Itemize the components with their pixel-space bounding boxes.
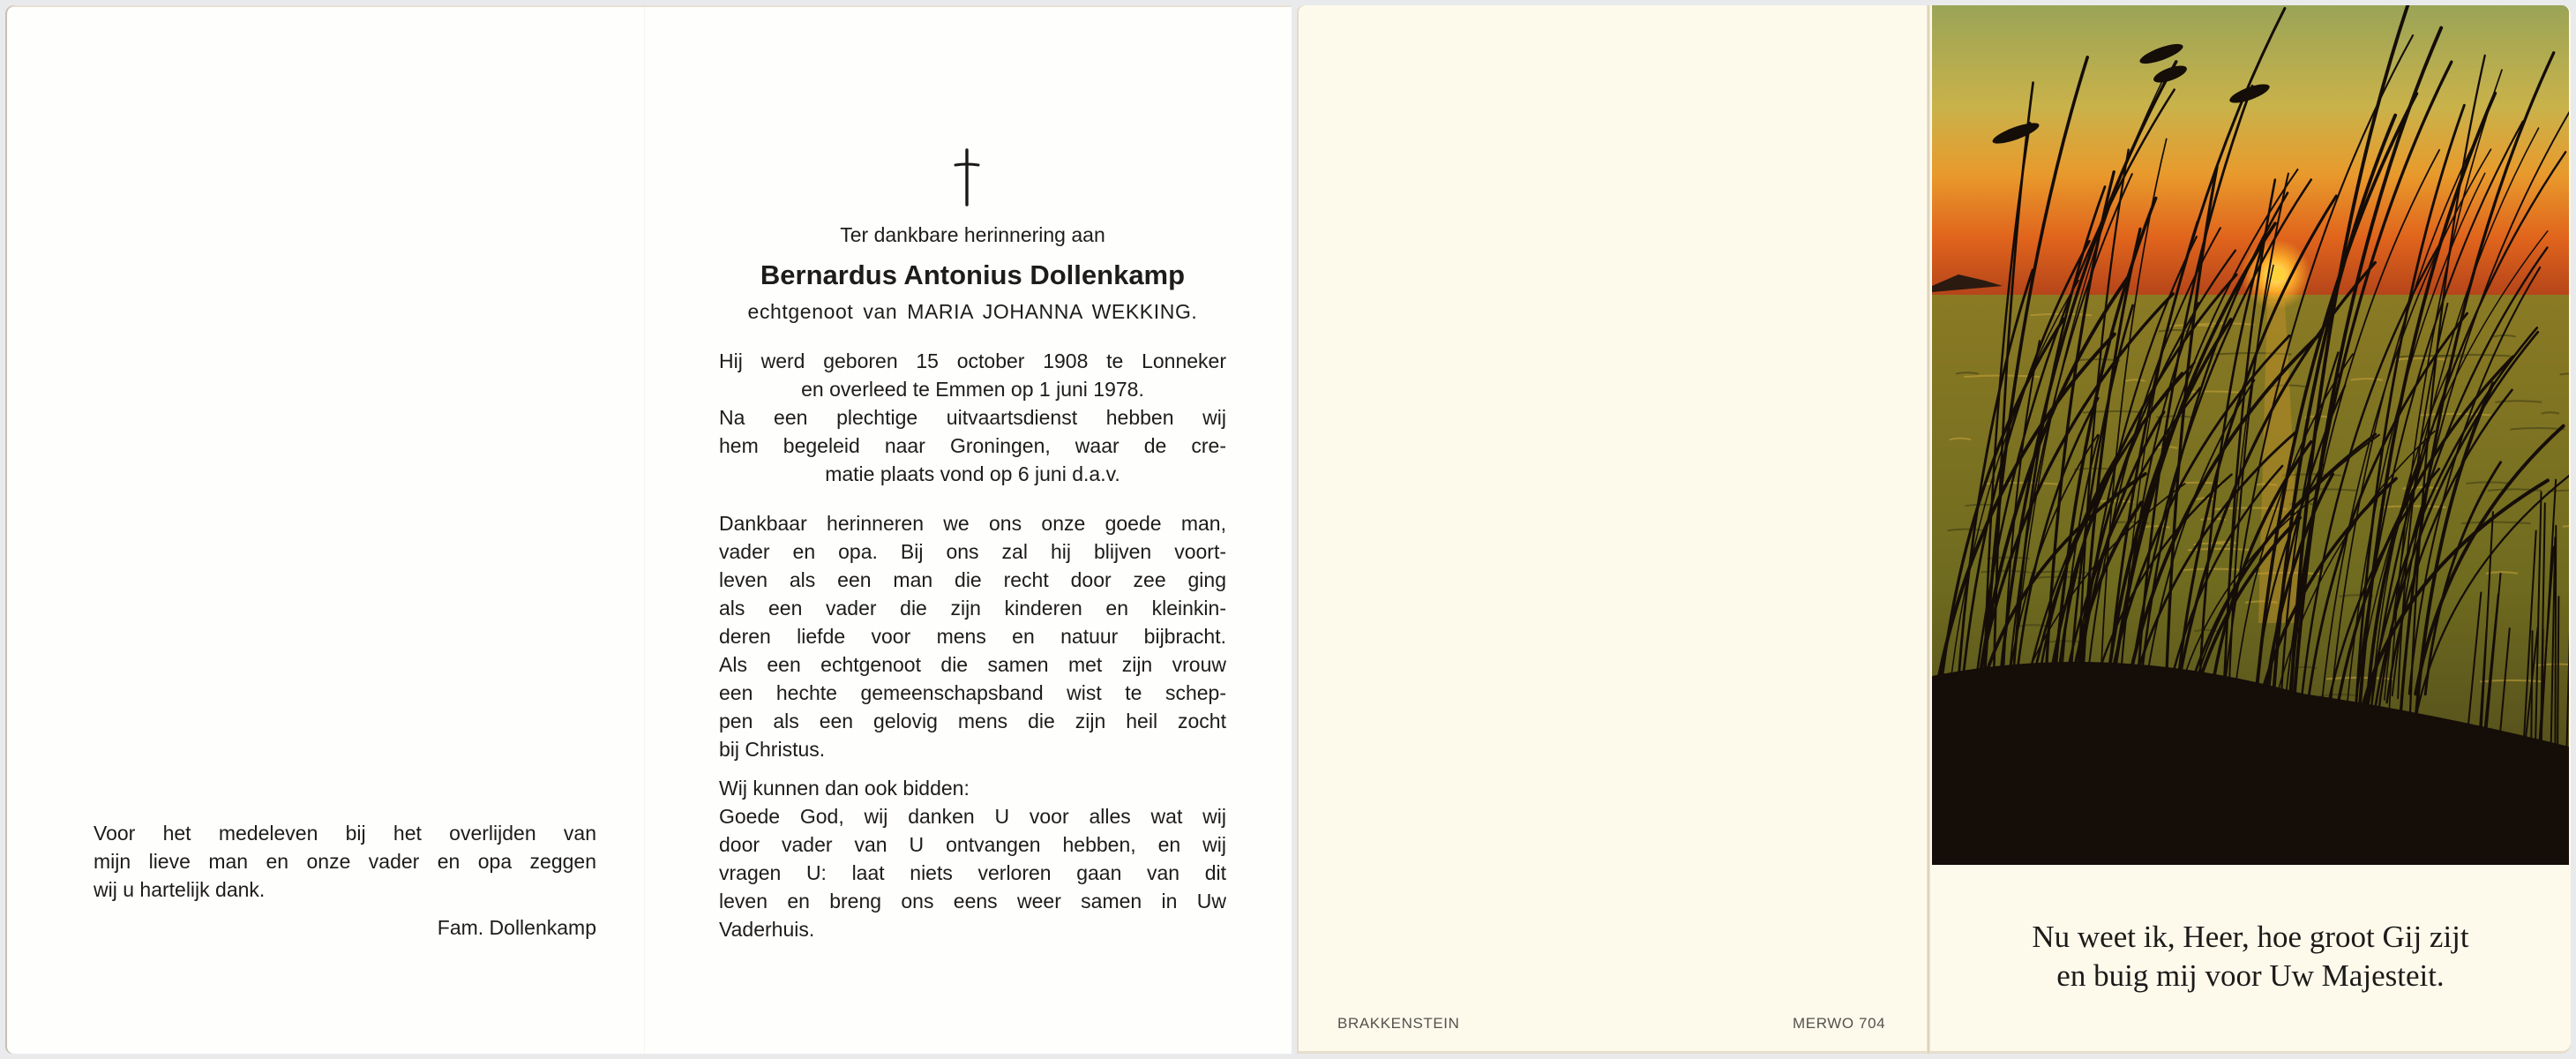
thank-you-line: Voor het medeleven bij het overlijden va…	[94, 819, 596, 847]
prayer-line: Wij kunnen dan ook bidden:	[719, 774, 1226, 802]
memorial-intro: Ter dankbare herinnering aan	[719, 223, 1226, 247]
print-code: MERWO 704	[1793, 1015, 1885, 1033]
verse-line: Nu weet ik, Heer, hoe groot Gij zijt	[1932, 918, 2569, 957]
prayer-line: leven en breng ons eens weer samen in Uw	[719, 887, 1226, 915]
card-fold	[644, 5, 645, 1054]
remembrance-line: Als een echtgenoot die samen met zijn vr…	[719, 650, 1226, 679]
biography: Hij werd geboren 15 october 1908 te Lonn…	[719, 347, 1226, 488]
thank-you-line: mijn lieve man en onze vader en opa zegg…	[94, 847, 596, 875]
remembrance-line: vader en opa. Bij ons zal hij blijven vo…	[719, 537, 1226, 566]
thank-you-note: Voor het medeleven bij het overlijden va…	[94, 819, 596, 904]
card-fold	[1927, 5, 1930, 1054]
sunset-reeds-image	[1932, 5, 2569, 865]
remembrance-line: pen als een gelovig mens die zijn heil z…	[719, 707, 1226, 735]
cover-photo	[1932, 5, 2569, 865]
biography-line: Na een plechtige uitvaartsdienst hebben …	[719, 403, 1226, 432]
cover-verse: Nu weet ik, Heer, hoe groot Gij zijt en …	[1932, 918, 2569, 995]
prayer-line: Goede God, wij danken U voor alles wat w…	[719, 802, 1226, 830]
biography-line: Hij werd geboren 15 october 1908 te Lonn…	[719, 347, 1226, 375]
remembrance: Dankbaar herinneren we ons onze goede ma…	[719, 509, 1226, 763]
cross-icon	[951, 148, 983, 207]
biography-line: matie plaats vond op 6 juni d.a.v.	[719, 460, 1226, 488]
deceased-name: Bernardus Antonius Dollenkamp	[719, 259, 1226, 291]
prayer: Wij kunnen dan ook bidden: Goede God, wi…	[719, 774, 1226, 943]
spouse-line: echtgenoot van MARIA JOHANNA WEKKING.	[719, 300, 1226, 324]
remembrance-line: een hechte gemeenschapsband wist te sche…	[719, 679, 1226, 707]
prayer-line: Vaderhuis.	[719, 915, 1226, 943]
biography-line: en overleed te Emmen op 1 juni 1978.	[719, 375, 1226, 403]
remembrance-line: bij Christus.	[719, 735, 1226, 763]
remembrance-line: als een vader die zijn kinderen en klein…	[719, 594, 1226, 622]
family-signature: Fam. Dollenkamp	[94, 916, 596, 940]
prayer-line: vragen U: laat niets verloren gaan van d…	[719, 859, 1226, 887]
remembrance-line: Dankbaar herinneren we ons onze goede ma…	[719, 509, 1226, 537]
thank-you-line: wij u hartelijk dank.	[94, 875, 596, 904]
publisher-imprint: BRAKKENSTEIN	[1337, 1015, 1460, 1033]
remembrance-line: deren liefde voor mens en natuur bijbrac…	[719, 622, 1226, 650]
biography-line: hem begeleid naar Groningen, waar de cre…	[719, 432, 1226, 460]
remembrance-line: leven als een man die recht door zee gin…	[719, 566, 1226, 594]
verse-line: en buig mij voor Uw Majesteit.	[1932, 957, 2569, 995]
prayer-line: door vader van U ontvangen hebben, en wi…	[719, 830, 1226, 859]
